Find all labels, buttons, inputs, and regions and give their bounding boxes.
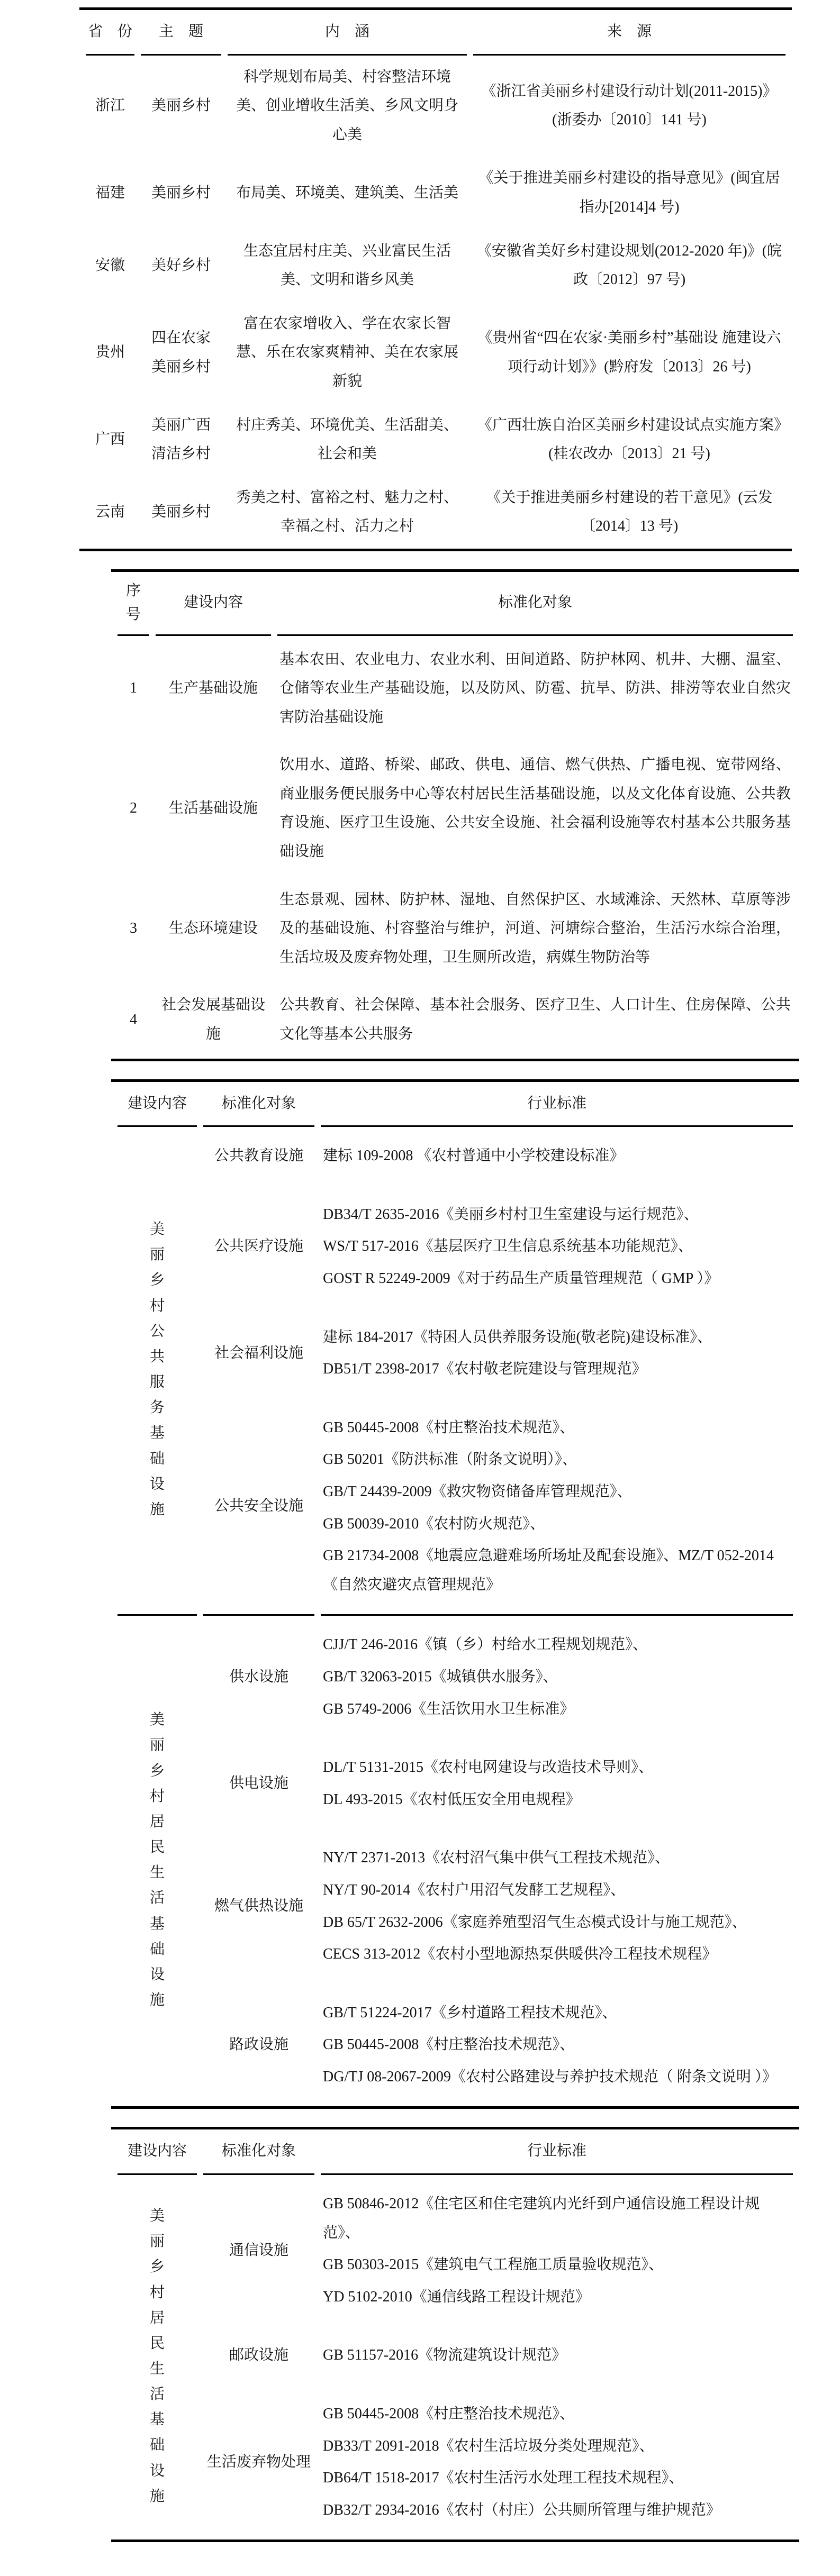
col-header-content: 建设内容 [118, 2129, 197, 2175]
table-row: 美 丽 乡 村 居 民 生 活 基 础 设 施供水设施CJJ/T 246-201… [118, 1614, 793, 1738]
cell-industry-standards: GB/T 51224-2017《乡村道路工程技术规范》、GB 50445-200… [321, 1984, 793, 2107]
cell-source: 《关于推进美丽乡村建设的若干意见》(云发〔2014〕13 号) [473, 476, 785, 549]
cell-theme: 美好乡村 [141, 230, 221, 302]
cell-province: 福建 [86, 157, 134, 229]
vertical-section-label: 美 丽 乡 村 居 民 生 活 基 础 设 施 [118, 2175, 197, 2539]
cell-theme: 美丽广西 清洁乡村 [141, 404, 221, 476]
standard-entry: 建标 109-2008 《农村普通中小学校建设标准》 [323, 1142, 791, 1171]
col-header-connotation: 内 涵 [228, 10, 467, 56]
cell-source: 《广西壮族自治区美丽乡村建设试点实施方案》(桂农改办〔2013〕21 号) [473, 404, 785, 476]
cell-theme: 美丽乡村 [141, 157, 221, 229]
standard-entry: GB 50303-2015《建筑电气工程施工质量验收规范》、 [323, 2251, 791, 2280]
table-row: 3生态环境建设生态景观、园林、防护林、湿地、自然保护区、水域滩涂、天然林、草原等… [118, 876, 793, 982]
standard-entry: GB 50201《防洪标准（附条文说明）》、 [323, 1445, 791, 1474]
table-row: 云南美丽乡村秀美之村、富裕之村、魅力之村、幸福之村、活力之村《关于推进美丽乡村建… [86, 476, 785, 549]
cell-industry-standards: CJJ/T 246-2016《镇（乡）村给水工程规划规范》、GB/T 32063… [321, 1614, 793, 1738]
cell-theme: 美丽乡村 [141, 476, 221, 549]
document-page: 省 份 主 题 内 涵 来 源 浙江美丽乡村科学规划布局美、村容整洁环境美、创业… [0, 0, 840, 2576]
cell-standard-object: 供电设施 [203, 1738, 314, 1829]
cell-industry-standards: 建标 184-2017《特困人员供养服务设施(敬老院)建设标准》、DB51/T … [321, 1308, 793, 1399]
header-row: 建设内容 标准化对象 行业标准 [118, 2129, 793, 2175]
standard-entry: DL/T 5131-2015《农村电网建设与改造技术导则》、 [323, 1753, 791, 1782]
cell-industry-standards: GB 50445-2008《村庄整治技术规范》、DB33/T 2091-2018… [321, 2385, 793, 2539]
table-row: 社会福利设施建标 184-2017《特困人员供养服务设施(敬老院)建设标准》、D… [118, 1308, 793, 1399]
cell-industry-standards: NY/T 2371-2013《农村沼气集中供气工程技术规范》、NY/T 90-2… [321, 1829, 793, 1983]
standard-entry: DB32/T 2934-2016《农村（村庄）公共厕所管理与维护规范》 [323, 2496, 791, 2525]
cell-source: 《浙江省美丽乡村建设行动计划(2011-2015)》(浙委办〔2010〕141 … [473, 56, 785, 157]
standard-entry: GB 51157-2016《物流建筑设计规范》 [323, 2341, 791, 2370]
cell-province: 浙江 [86, 56, 134, 157]
table-row: 4社会发展基础设施公共教育、社会保障、基本社会服务、医疗卫生、人口计生、住房保障… [118, 981, 793, 1058]
cell-province: 云南 [86, 476, 134, 549]
cell-connotation: 布局美、环境美、建筑美、生活美 [228, 157, 467, 229]
cell-content: 生态环境建设 [156, 876, 271, 982]
standard-entry: DB33/T 2091-2018《农村生活垃圾分类处理规范》、 [323, 2432, 791, 2461]
vertical-section-label: 美 丽 乡 村 居 民 生 活 基 础 设 施 [118, 1614, 197, 2106]
cell-theme: 四在农家 美丽乡村 [141, 302, 221, 404]
cell-standard-object: 公共安全设施 [203, 1399, 314, 1615]
cell-standard-object: 供水设施 [203, 1614, 314, 1738]
cell-standard-object: 社会福利设施 [203, 1308, 314, 1399]
cell-industry-standards: GB 50445-2008《村庄整治技术规范》、GB 50201《防洪标准（附条… [321, 1399, 793, 1615]
standard-entry: DB34/T 2635-2016《美丽乡村村卫生室建设与运行规范》、 [323, 1200, 791, 1230]
cell-province: 贵州 [86, 302, 134, 404]
cell-content: 社会发展基础设施 [156, 981, 271, 1058]
table-row: 福建美丽乡村布局美、环境美、建筑美、生活美《关于推进美丽乡村建设的指导意见》(闽… [86, 157, 785, 229]
standard-entry: GOST R 52249-2009《对于药品生产质量管理规范（ GMP ）》 [323, 1264, 791, 1294]
standards-table-2: 建设内容 标准化对象 行业标准 美 丽 乡 村 居 民 生 活 基 础 设 施通… [111, 2127, 799, 2542]
cell-connotation: 生态宜居村庄美、兴业富民生活美、文明和谐乡风美 [228, 230, 467, 302]
cell-industry-standards: DB34/T 2635-2016《美丽乡村村卫生室建设与运行规范》、WS/T 5… [321, 1186, 793, 1308]
header-row: 序 号 建设内容 标准化对象 [118, 572, 793, 636]
standard-entry: GB/T 24439-2009《救灾物资储备库管理规范》、 [323, 1478, 791, 1507]
standard-entry: YD 5102-2010《通信线路工程设计规范》 [323, 2283, 791, 2312]
col-header-source: 来 源 [473, 10, 785, 56]
cell-standard-object: 邮政设施 [203, 2326, 314, 2385]
cell-standard-object: 路政设施 [203, 1984, 314, 2107]
col-header-objects: 标准化对象 [203, 1082, 314, 1127]
standard-entry: GB 50445-2008《村庄整治技术规范》、 [323, 2031, 791, 2060]
cell-industry-standards: GB 50846-2012《住宅区和住宅建筑内光纤到户通信设施工程设计规范》、G… [321, 2175, 793, 2326]
table-row: 美 丽 乡 村 公 共 服 务 基 础 设 施公共教育设施建标 109-2008… [118, 1127, 793, 1186]
standard-entry: GB 5749-2006《生活饮用水卫生标准》 [323, 1695, 791, 1724]
col-header-no: 序 号 [118, 572, 149, 636]
standard-entry: GB 21734-2008《地震应急避难场所场址及配套设施》、MZ/T 052-… [323, 1542, 791, 1599]
cell-no: 4 [118, 981, 149, 1058]
cell-standard-object: 燃气供热设施 [203, 1829, 314, 1983]
table-row: 美 丽 乡 村 居 民 生 活 基 础 设 施通信设施GB 50846-2012… [118, 2175, 793, 2326]
table-row: 贵州四在农家 美丽乡村富在农家增收入、学在农家长智慧、乐在农家爽精神、美在农家展… [86, 302, 785, 404]
table-row: 公共安全设施GB 50445-2008《村庄整治技术规范》、GB 50201《防… [118, 1399, 793, 1615]
standard-entry: GB 50846-2012《住宅区和住宅建筑内光纤到户通信设施工程设计规范》、 [323, 2190, 791, 2247]
table-row: 路政设施GB/T 51224-2017《乡村道路工程技术规范》、GB 50445… [118, 1984, 793, 2107]
cell-connotation: 村庄秀美、环境优美、生活甜美、社会和美 [228, 404, 467, 476]
col-header-standards: 行业标准 [321, 2129, 793, 2175]
standard-entry: GB 50445-2008《村庄整治技术规范》、 [323, 2400, 791, 2429]
cell-standard-object: 生活废弃物处理 [203, 2385, 314, 2539]
standard-entry: GB/T 32063-2015《城镇供水服务》、 [323, 1663, 791, 1692]
vertical-section-label: 美 丽 乡 村 公 共 服 务 基 础 设 施 [118, 1127, 197, 1614]
standard-entry: NY/T 90-2014《农村户用沼气发酵工艺规程》、 [323, 1876, 791, 1905]
provinces-table: 省 份 主 题 内 涵 来 源 浙江美丽乡村科学规划布局美、村容整洁环境美、创业… [79, 7, 792, 551]
col-header-objects: 标准化对象 [277, 572, 793, 636]
cell-industry-standards: GB 51157-2016《物流建筑设计规范》 [321, 2326, 793, 2385]
vertical-section-label-text: 美 丽 乡 村 公 共 服 务 基 础 设 施 [150, 1217, 165, 1523]
cell-standard-object: 公共医疗设施 [203, 1186, 314, 1308]
cell-source: 《贵州省“四在农家·美丽乡村”基础设 施建设六项行动计划》》(黔府发〔2013〕… [473, 302, 785, 404]
cell-objects: 生态景观、园林、防护林、湿地、自然保护区、水域滩涂、天然林、草原等涉及的基础设施… [277, 876, 793, 982]
cell-standard-object: 通信设施 [203, 2175, 314, 2326]
table-row: 2生活基础设施饮用水、道路、桥梁、邮政、供电、通信、燃气供热、广播电视、宽带网络… [118, 741, 793, 876]
standard-entry: CECS 313-2012《农村小型地源热泵供暖供冷工程技术规程》 [323, 1940, 791, 1969]
col-header-province: 省 份 [86, 10, 134, 56]
cell-objects: 公共教育、社会保障、基本社会服务、医疗卫生、人口计生、住房保障、公共文化等基本公… [277, 981, 793, 1058]
standards-table-2-body: 美 丽 乡 村 居 民 生 活 基 础 设 施通信设施GB 50846-2012… [118, 2175, 793, 2539]
standard-entry: DB64/T 1518-2017《农村生活污水处理工程技术规程》、 [323, 2464, 791, 2493]
header-row: 省 份 主 题 内 涵 来 源 [86, 10, 785, 56]
header-row: 建设内容 标准化对象 行业标准 [118, 1082, 793, 1127]
standard-entry: 建标 184-2017《特困人员供养服务设施(敬老院)建设标准》、 [323, 1323, 791, 1352]
provinces-table-body: 浙江美丽乡村科学规划布局美、村容整洁环境美、创业增收生活美、乡风文明身心美《浙江… [86, 56, 785, 549]
standard-entry: DG/TJ 08-2067-2009《农村公路建设与养护技术规范（ 附条文说明 … [323, 2063, 791, 2092]
standards-table-1: 建设内容 标准化对象 行业标准 美 丽 乡 村 公 共 服 务 基 础 设 施公… [111, 1079, 799, 2109]
cell-connotation: 科学规划布局美、村容整洁环境美、创业增收生活美、乡风文明身心美 [228, 56, 467, 157]
table-row: 邮政设施GB 51157-2016《物流建筑设计规范》 [118, 2326, 793, 2385]
cell-objects: 饮用水、道路、桥梁、邮政、供电、通信、燃气供热、广播电视、宽带网络、商业服务便民… [277, 741, 793, 876]
standard-entry: GB 50445-2008《村庄整治技术规范》、 [323, 1414, 791, 1443]
cell-province: 广西 [86, 404, 134, 476]
standard-entry: GB 50039-2010《农村防火规范》、 [323, 1510, 791, 1539]
table-row: 生活废弃物处理GB 50445-2008《村庄整治技术规范》、DB33/T 20… [118, 2385, 793, 2539]
standards-table-1-body: 美 丽 乡 村 公 共 服 务 基 础 设 施公共教育设施建标 109-2008… [118, 1127, 793, 2106]
standard-entry: DB51/T 2398-2017《农村敬老院建设与管理规范》 [323, 1355, 791, 1384]
col-header-theme: 主 题 [141, 10, 221, 56]
col-header-content: 建设内容 [156, 572, 271, 636]
standard-entry: DL 493-2015《农村低压安全用电规程》 [323, 1786, 791, 1815]
cell-connotation: 富在农家增收入、学在农家长智慧、乐在农家爽精神、美在农家展新貌 [228, 302, 467, 404]
cell-industry-standards: DL/T 5131-2015《农村电网建设与改造技术导则》、DL 493-201… [321, 1738, 793, 1829]
standard-entry: WS/T 517-2016《基层医疗卫生信息系统基本功能规范》、 [323, 1232, 791, 1261]
table-row: 燃气供热设施NY/T 2371-2013《农村沼气集中供气工程技术规范》、NY/… [118, 1829, 793, 1983]
col-header-objects: 标准化对象 [203, 2129, 314, 2175]
cell-connotation: 秀美之村、富裕之村、魅力之村、幸福之村、活力之村 [228, 476, 467, 549]
standard-entry: CJJ/T 246-2016《镇（乡）村给水工程规划规范》、 [323, 1631, 791, 1660]
cell-standard-object: 公共教育设施 [203, 1127, 314, 1186]
vertical-section-label-text: 美 丽 乡 村 居 民 生 活 基 础 设 施 [150, 1707, 165, 2013]
cell-no: 1 [118, 636, 149, 742]
standard-entry: NY/T 2371-2013《农村沼气集中供气工程技术规范》、 [323, 1844, 791, 1873]
cell-theme: 美丽乡村 [141, 56, 221, 157]
vertical-section-label-text: 美 丽 乡 村 居 民 生 活 基 础 设 施 [150, 2204, 165, 2509]
col-header-standards: 行业标准 [321, 1082, 793, 1127]
cell-source: 《关于推进美丽乡村建设的指导意见》(闽宜居指办[2014]4 号) [473, 157, 785, 229]
cell-content: 生活基础设施 [156, 741, 271, 876]
col-header-content: 建设内容 [118, 1082, 197, 1127]
cell-source: 《安徽省美好乡村建设规划(2012-2020 年)》(皖政〔2012〕97 号) [473, 230, 785, 302]
table-row: 1生产基础设施基本农田、农业电力、农业水利、田间道路、防护林网、机井、大棚、温室… [118, 636, 793, 742]
table-row: 供电设施DL/T 5131-2015《农村电网建设与改造技术导则》、DL 493… [118, 1738, 793, 1829]
standard-entry: DB 65/T 2632-2006《家庭养殖型沼气生态模式设计与施工规范》、 [323, 1908, 791, 1937]
cell-content: 生产基础设施 [156, 636, 271, 742]
cell-province: 安徽 [86, 230, 134, 302]
cell-objects: 基本农田、农业电力、农业水利、田间道路、防护林网、机井、大棚、温室、仓储等农业生… [277, 636, 793, 742]
table-row: 广西美丽广西 清洁乡村村庄秀美、环境优美、生活甜美、社会和美《广西壮族自治区美丽… [86, 404, 785, 476]
table-row: 安徽美好乡村生态宜居村庄美、兴业富民生活美、文明和谐乡风美《安徽省美好乡村建设规… [86, 230, 785, 302]
cell-industry-standards: 建标 109-2008 《农村普通中小学校建设标准》 [321, 1127, 793, 1186]
standard-entry: GB/T 51224-2017《乡村道路工程技术规范》、 [323, 1999, 791, 2028]
infrastructure-categories-table-body: 1生产基础设施基本农田、农业电力、农业水利、田间道路、防护林网、机井、大棚、温室… [118, 636, 793, 1059]
infrastructure-categories-table: 序 号 建设内容 标准化对象 1生产基础设施基本农田、农业电力、农业水利、田间道… [111, 569, 799, 1061]
cell-no: 3 [118, 876, 149, 982]
table-row: 公共医疗设施DB34/T 2635-2016《美丽乡村村卫生室建设与运行规范》、… [118, 1186, 793, 1308]
cell-no: 2 [118, 741, 149, 876]
table-row: 浙江美丽乡村科学规划布局美、村容整洁环境美、创业增收生活美、乡风文明身心美《浙江… [86, 56, 785, 157]
